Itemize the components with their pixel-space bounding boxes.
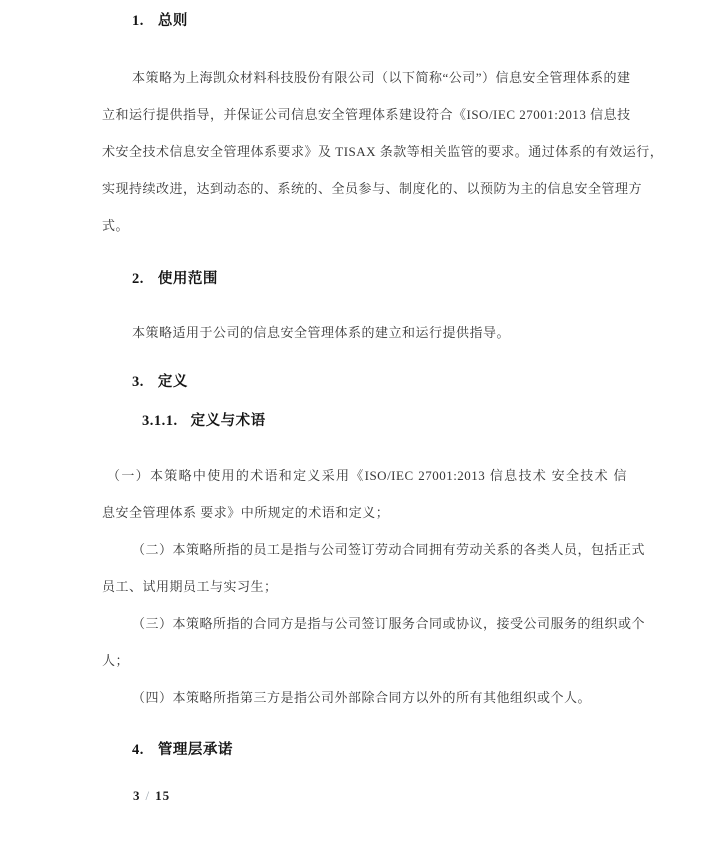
- section-number: 2.: [132, 271, 144, 287]
- page-number: 3/15: [133, 786, 627, 806]
- section-heading-4: 4.管理层承诺: [132, 737, 627, 763]
- body-line: 术安全技术信息安全管理体系要求》及 TISAX 条款等相关监管的要求。通过体系的…: [102, 133, 627, 170]
- body-line: 立和运行提供指导，并保证公司信息安全管理体系建设符合《ISO/IEC 27001…: [102, 96, 627, 133]
- body-line: 本策略适用于公司的信息安全管理体系的建立和运行提供指导。: [102, 314, 627, 351]
- paragraph-scope: 本策略适用于公司的信息安全管理体系的建立和运行提供指导。: [102, 314, 627, 351]
- body-line: （三）本策略所指的合同方是指与公司签订服务合同或协议，接受公司服务的组织或个: [102, 605, 627, 642]
- current-page-number: 3: [133, 788, 141, 803]
- body-line: 员工、试用期员工与实习生；: [102, 568, 627, 605]
- section-number: 3.: [132, 374, 144, 390]
- section-heading-2: 2.使用范围: [132, 266, 627, 292]
- document-page: 1.总则 本策略为上海凯众材料科技股份有限公司（以下简称“公司”）信息安全管理体…: [0, 0, 711, 859]
- section-title: 定义: [158, 374, 188, 390]
- section-title: 管理层承诺: [158, 742, 233, 758]
- document-body: 1.总则 本策略为上海凯众材料科技股份有限公司（以下简称“公司”）信息安全管理体…: [102, 0, 627, 806]
- body-line: （二）本策略所指的员工是指与公司签订劳动合同拥有劳动关系的各类人员，包括正式: [102, 531, 627, 568]
- paragraph-general: 本策略为上海凯众材料科技股份有限公司（以下简称“公司”）信息安全管理体系的建 立…: [102, 59, 627, 244]
- body-line: （一）本策略中使用的术语和定义采用《ISO/IEC 27001:2013 信息技…: [102, 457, 627, 494]
- section-number: 4.: [132, 742, 144, 758]
- total-page-count: 15: [155, 788, 170, 803]
- subsection-number: 3.1.1.: [142, 413, 178, 429]
- body-line: 本策略为上海凯众材料科技股份有限公司（以下简称“公司”）信息安全管理体系的建: [102, 59, 627, 96]
- section-title: 总则: [158, 13, 188, 29]
- page-number-separator: /: [146, 788, 151, 803]
- section-heading-1: 1.总则: [132, 8, 627, 34]
- section-number: 1.: [132, 13, 144, 29]
- paragraph-definitions: （一）本策略中使用的术语和定义采用《ISO/IEC 27001:2013 信息技…: [102, 457, 627, 716]
- section-title: 使用范围: [158, 271, 218, 287]
- subsection-heading-3-1-1: 3.1.1.定义与术语: [142, 408, 627, 434]
- body-line: （四）本策略所指第三方是指公司外部除合同方以外的所有其他组织或个人。: [102, 679, 627, 716]
- body-line: 式。: [102, 207, 627, 244]
- body-line: 人；: [102, 642, 627, 679]
- body-line: 实现持续改进，达到动态的、系统的、全员参与、制度化的、以预防为主的信息安全管理方: [102, 170, 627, 207]
- body-line: 息安全管理体系 要求》中所规定的术语和定义；: [102, 494, 627, 531]
- section-heading-3: 3.定义: [132, 369, 627, 395]
- subsection-title: 定义与术语: [191, 413, 266, 429]
